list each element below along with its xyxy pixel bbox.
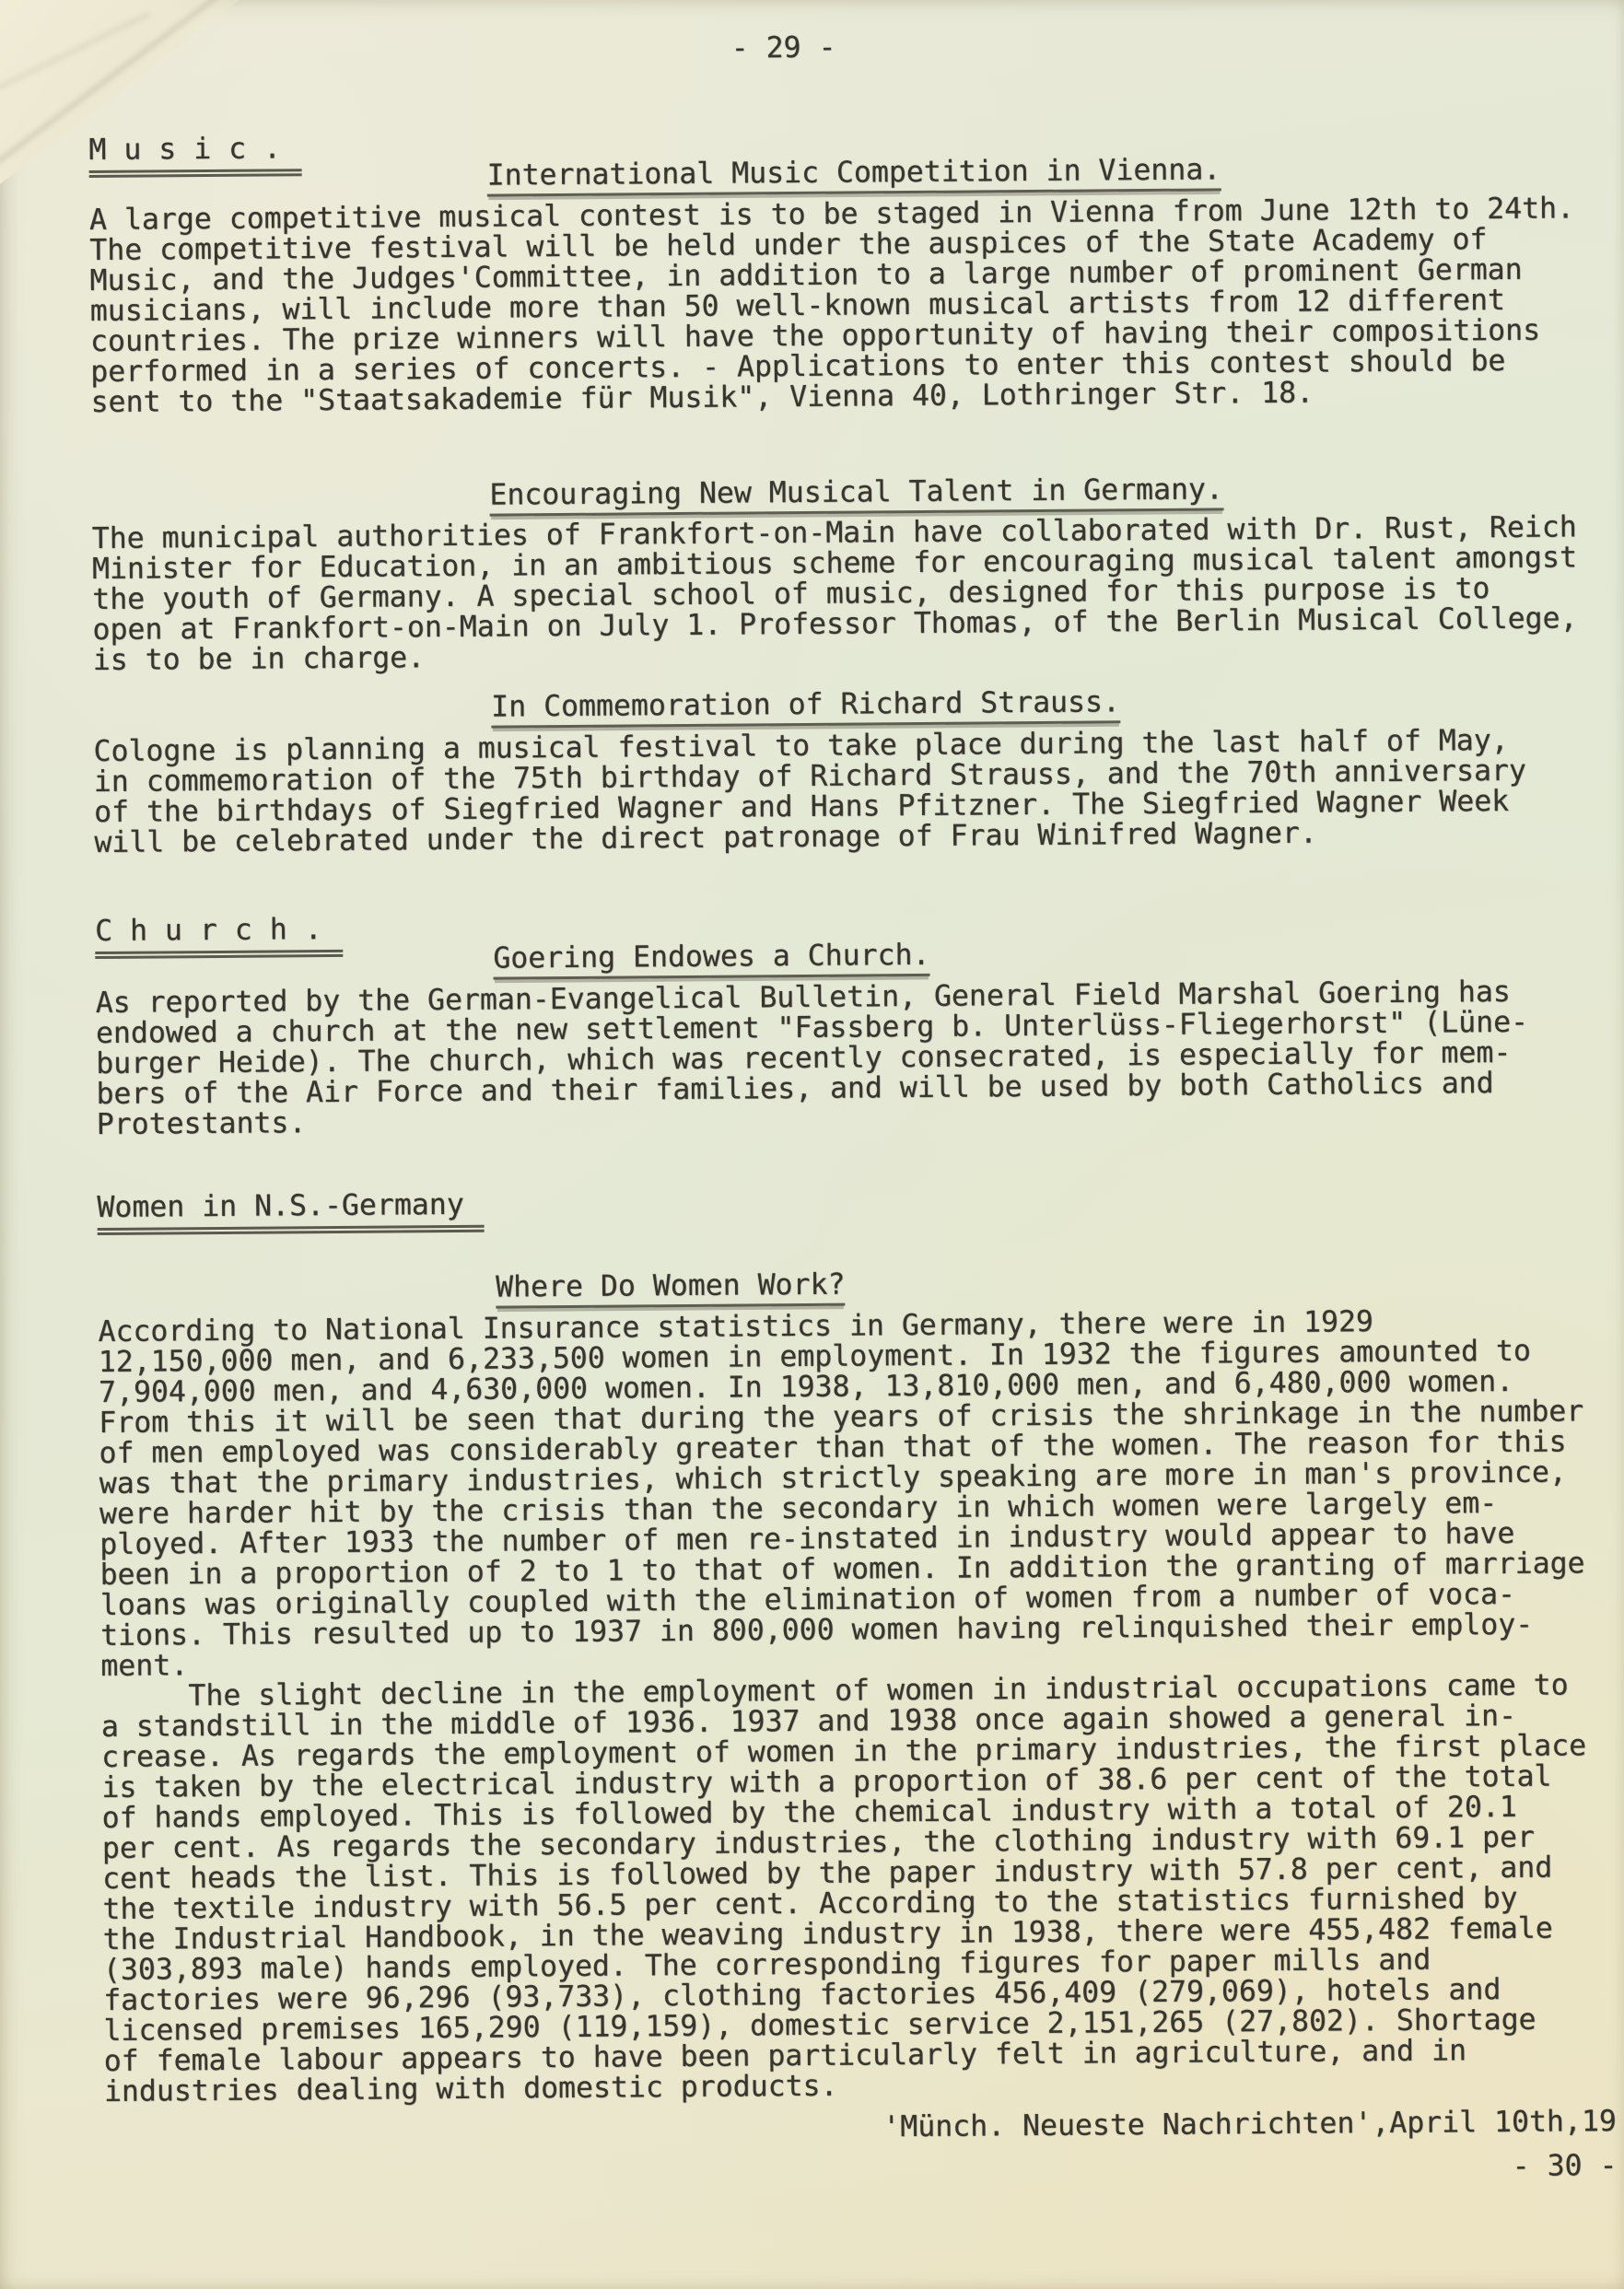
article-body: Cologne is planning a musical festival t… <box>93 725 1614 858</box>
article-heading-richard-strauss: In Commemoration of Richard Strauss. <box>491 683 1620 729</box>
article-body-continued: The slight decline in the employment of … <box>101 1670 1624 2108</box>
section-title-text: Women in N.S.-Germany <box>97 1190 485 1235</box>
article-body: According to National Insurance statisti… <box>98 1305 1620 1682</box>
page-number-footer: - 30 - <box>1513 2151 1624 2182</box>
section-title-women: Women in N.S.-Germany <box>97 1181 1624 1230</box>
document-page: - 29 - M u s i c . International Music C… <box>0 0 1624 2289</box>
typewritten-content: - 29 - M u s i c . International Music C… <box>0 0 1624 2289</box>
article-heading-text: International Music Competition in Vienn… <box>487 155 1221 196</box>
article-heading-text: Where Do Women Work? <box>496 1270 846 1309</box>
article-heading-text: Encouraging New Musical Talent in German… <box>489 474 1223 516</box>
article-heading-new-musical-talent: Encouraging New Musical Talent in German… <box>489 472 1618 517</box>
article-body: A large competitive musical contest is t… <box>89 193 1611 418</box>
article-heading-text: Goering Endowes a Church. <box>493 940 929 980</box>
section-title-text: M u s i c . <box>88 134 301 178</box>
article-heading-text: In Commemoration of Richard Strauss. <box>491 687 1120 728</box>
article-heading-goering-church: Goering Endowes a Church. <box>493 935 1622 980</box>
source-citation: 'Münch. Neueste Nachrichten',April 10th,… <box>882 2107 1624 2143</box>
article-heading-where-women-work: Where Do Women Work? <box>496 1264 1624 1309</box>
section-title-text: C h u r c h . <box>95 915 343 959</box>
article-body: As reported by the German-Evangelical Bu… <box>96 976 1617 1140</box>
article-body: The municipal authorities of Frankfort-o… <box>92 512 1613 676</box>
article-heading-vienna-competition: International Music Competition in Vienn… <box>487 152 1617 197</box>
page-number-header: - 29 - <box>88 28 1479 69</box>
